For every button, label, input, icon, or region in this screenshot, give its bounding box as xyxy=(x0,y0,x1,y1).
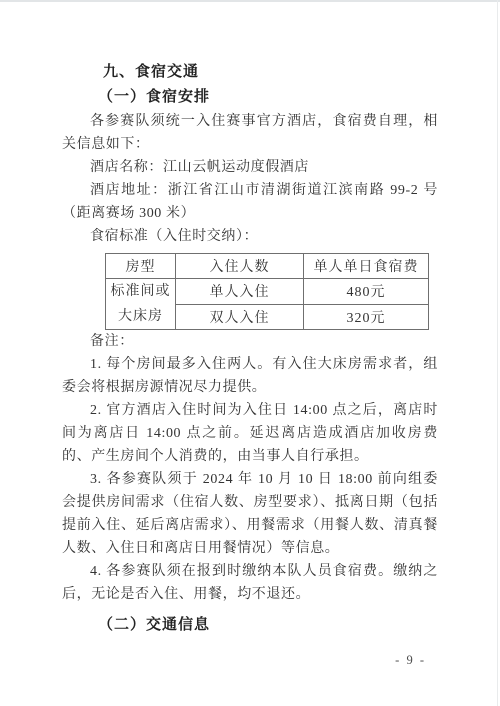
header-daily-fee: 单人单日食宿费 xyxy=(304,254,429,279)
intro-paragraph: 各参赛队须统一入住赛事官方酒店，食宿费自理，相关信息如下： xyxy=(62,110,438,156)
subsection-title-transport: （二）交通信息 xyxy=(98,612,438,638)
room-type-line2: 大床房 xyxy=(106,304,175,329)
document-page: 九、食宿交通 （一）食宿安排 各参赛队须统一入住赛事官方酒店，食宿费自理，相关信… xyxy=(0,0,500,706)
header-occupancy: 入住人数 xyxy=(176,254,304,279)
subsection-title-accommodation: （一）食宿安排 xyxy=(98,84,438,110)
note-item-1: 1. 每个房间最多入住两人。有入住大床房需求者，组委会将根据房源情况尽力提供。 xyxy=(62,353,438,399)
fee-cell-single: 480元 xyxy=(304,279,429,305)
section-title: 九、食宿交通 xyxy=(103,60,438,84)
occupancy-cell-single: 单人入住 xyxy=(176,279,304,305)
note-item-3: 3. 各参赛队须于 2024 年 10 月 10 日 18:00 前向组委会提供… xyxy=(62,468,438,560)
fee-cell-double: 320元 xyxy=(304,304,429,330)
notes-label: 备注： xyxy=(62,330,438,353)
room-type-cell: 标准间或 大床房 xyxy=(106,279,176,330)
table-header-row: 房型 入住人数 单人单日食宿费 xyxy=(106,254,429,279)
note-item-4: 4. 各参赛队须在报到时缴纳本队人员食宿费。缴纳之后，无论是否入住、用餐，均不退… xyxy=(62,560,438,606)
accommodation-price-table: 房型 入住人数 单人单日食宿费 标准间或 大床房 单人入住 480元 双人入住 … xyxy=(105,253,429,330)
standard-label-line: 食宿标准（入住时交纳）： xyxy=(62,225,438,248)
page-number: - 9 - xyxy=(395,653,426,668)
document-content: 九、食宿交通 （一）食宿安排 各参赛队须统一入住赛事官方酒店，食宿费自理，相关信… xyxy=(0,0,500,638)
table-row: 标准间或 大床房 单人入住 480元 xyxy=(106,279,429,305)
note-item-2: 2. 官方酒店入住时间为入住日 14:00 点之后，离店时间为离店日 14:00… xyxy=(62,399,438,468)
hotel-address-line: 酒店地址：浙江省江山市清湖街道江滨南路 99-2 号（距离赛场 300 米） xyxy=(62,179,438,225)
header-room-type: 房型 xyxy=(106,254,176,279)
scan-edge-right xyxy=(497,0,498,706)
scan-edge-top xyxy=(0,0,500,2)
room-type-line1: 标准间或 xyxy=(106,279,175,304)
hotel-name-line: 酒店名称：江山云帆运动度假酒店 xyxy=(62,156,438,179)
occupancy-cell-double: 双人入住 xyxy=(176,304,304,330)
